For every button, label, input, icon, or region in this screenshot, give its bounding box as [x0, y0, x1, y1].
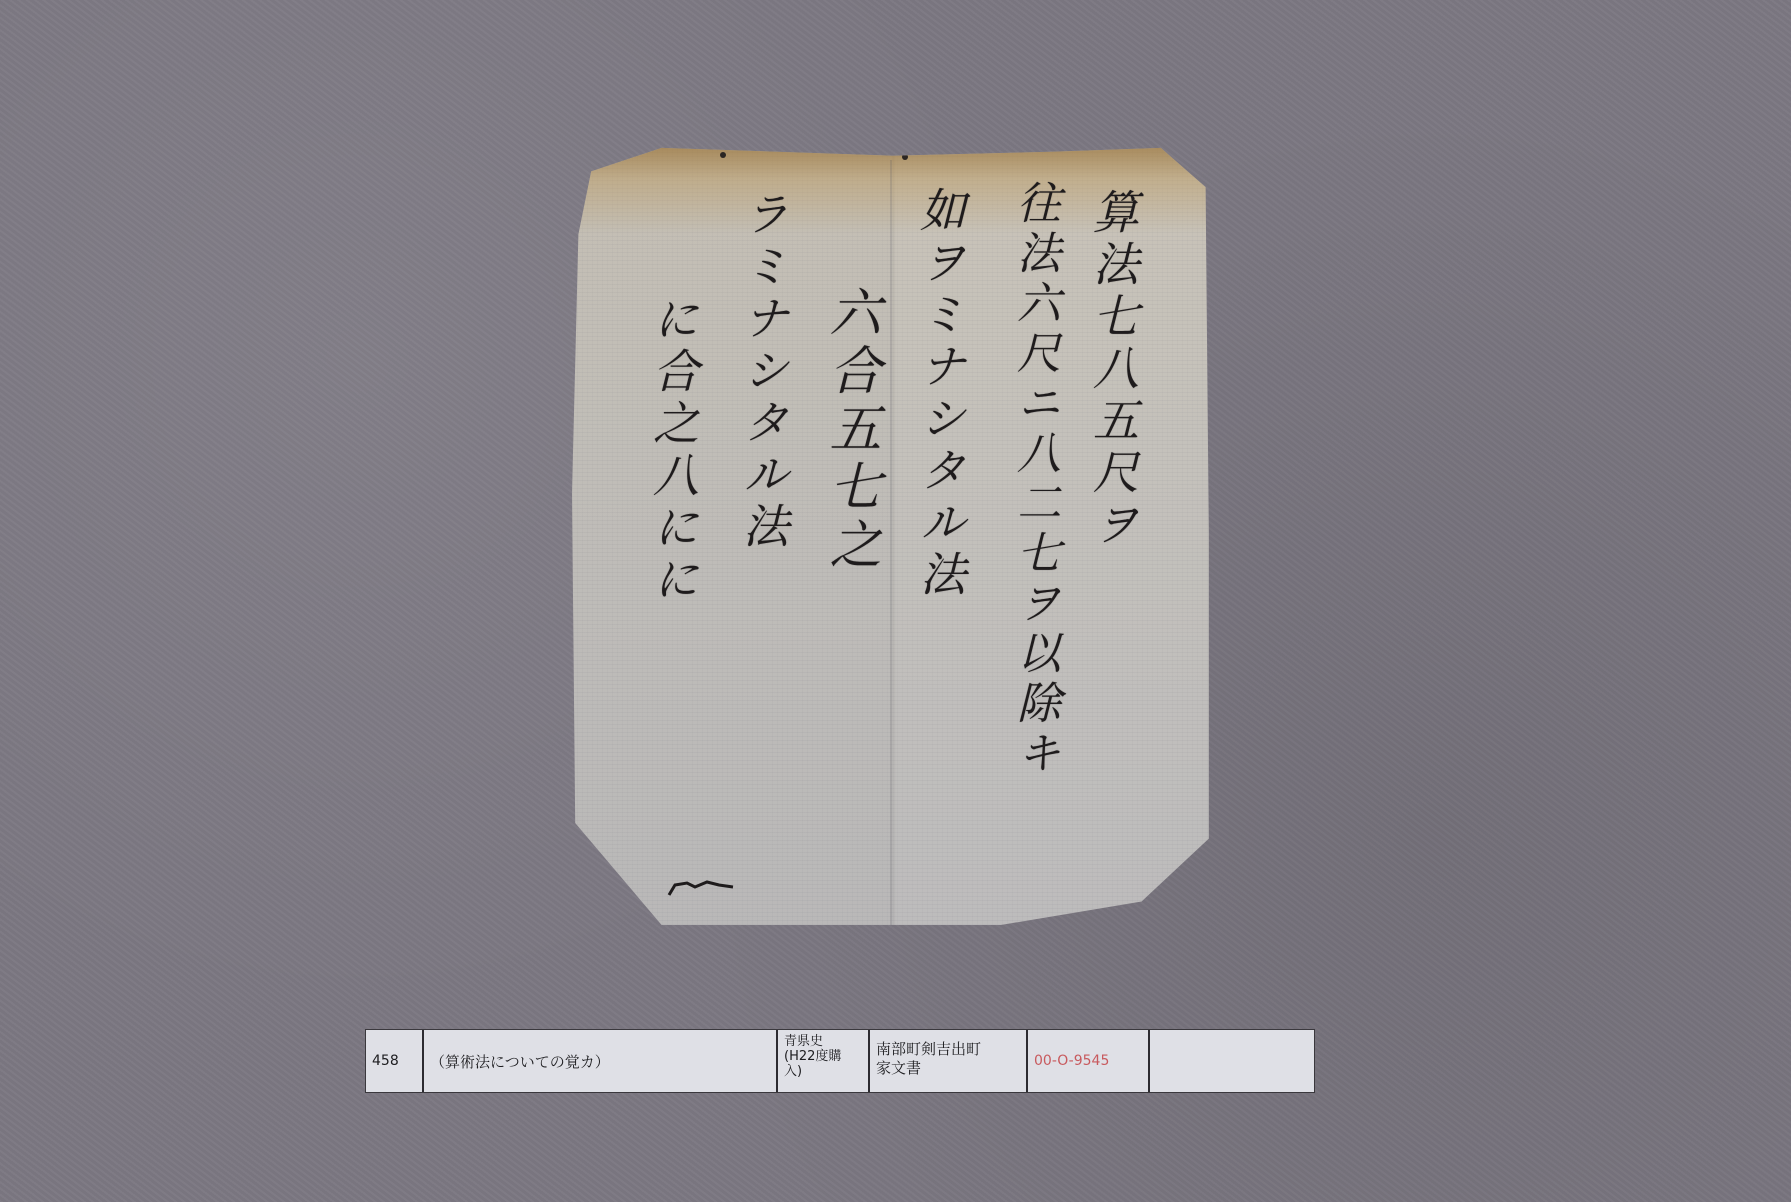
binding-hole	[902, 154, 908, 160]
catalog-label: 458 （算術法についての覚カ） 青県史 (H22度購 入) 南部町剣吉出町 家…	[366, 1030, 1314, 1092]
script-column-6: に合之八にに	[650, 295, 696, 607]
script-column-3: 如ヲミナシタル法	[917, 186, 963, 602]
script-column-1: 算法七八五尺ヲ	[1090, 188, 1136, 552]
label-catalog-id: 00-O-9545	[1028, 1030, 1150, 1092]
label-number: 458	[366, 1030, 424, 1092]
paper-fold-line	[890, 160, 892, 925]
label-collection: 南部町剣吉出町 家文書	[870, 1030, 1028, 1092]
script-column-4: 六合五七之	[824, 285, 876, 575]
binding-hole	[720, 152, 726, 158]
label-source: 青県史 (H22度購 入)	[778, 1030, 870, 1092]
label-notes	[1150, 1030, 1314, 1092]
script-column-2: 往法六尺ニ八二七ヲ以除キ	[1012, 180, 1056, 780]
script-column-5: ラミナシタル法	[740, 190, 786, 554]
ink-mark	[667, 879, 737, 897]
label-title: （算術法についての覚カ）	[424, 1030, 778, 1092]
historical-document: 算法七八五尺ヲ 往法六尺ニ八二七ヲ以除キ 如ヲミナシタル法 六合五七之 ラミナシ…	[572, 140, 1212, 925]
